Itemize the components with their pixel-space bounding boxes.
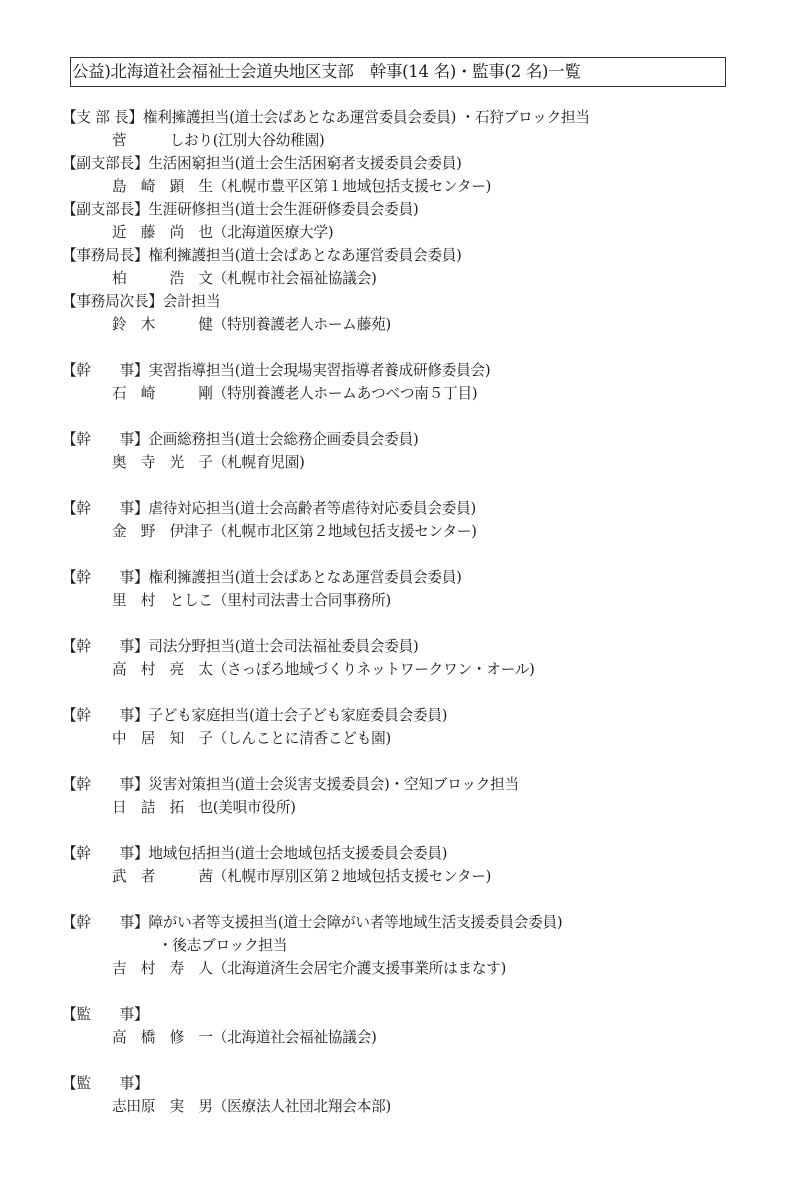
role-line: 【幹 事】企画総務担当(道士会総務企画委員会委員) bbox=[62, 428, 762, 451]
name-line: 高 橋 修 一（北海道社会福祉協議会) bbox=[62, 1026, 762, 1049]
officer-affiliation: （さっぽろ地域づくりネットワークワン・オール) bbox=[213, 661, 535, 678]
officer-entry-branch-chief: 【支 部 長】権利擁護担当(道士会ぱあとなあ運営委員会委員) ・石狩ブロック担当… bbox=[62, 106, 762, 152]
role-line: 【副支部長】生活困窮担当(道士会生活困窮者支援委員会委員) bbox=[62, 152, 762, 175]
role-line: 【監 事】 bbox=[62, 1003, 762, 1026]
role-label: 【支 部 長】 bbox=[62, 106, 143, 129]
role-line: 【幹 事】司法分野担当(道士会司法福祉委員会委員) bbox=[62, 635, 762, 658]
duty-text: 生活困窮担当(道士会生活困窮者支援委員会委員) bbox=[148, 155, 461, 172]
role-line: 【幹 事】地域包括担当(道士会地域包括支援委員会委員) bbox=[62, 842, 762, 865]
officer-affiliation: （北海道社会福祉協議会) bbox=[213, 1029, 377, 1046]
role-label: 【幹 事】 bbox=[62, 773, 148, 796]
officer-entry-auditor: 【監 事】 高 橋 修 一（北海道社会福祉協議会) bbox=[62, 1003, 762, 1049]
role-line: 【事務局次長】会計担当 bbox=[62, 290, 762, 313]
role-line: 【副支部長】生涯研修担当(道士会生涯研修委員会委員) bbox=[62, 198, 762, 221]
name-line: 奥 寺 光 子（札幌育児園) bbox=[62, 451, 762, 474]
name-line: 柏 浩 文（札幌市社会福祉協議会) bbox=[62, 267, 762, 290]
officer-name: 志田原 実 男 bbox=[112, 1095, 213, 1118]
officer-affiliation: (美唄市役所) bbox=[213, 799, 296, 816]
duty-text: 地域包括担当(道士会地域包括支援委員会委員) bbox=[148, 845, 447, 862]
officer-entry-deputy-secretary: 【事務局次長】会計担当 鈴 木 健（特別養護老人ホーム藤苑) bbox=[62, 290, 762, 336]
role-line: 【幹 事】虐待対応担当(道士会高齢者等虐待対応委員会委員) bbox=[62, 497, 762, 520]
name-line: 武 者 茜（札幌市厚別区第２地域包括支援センター) bbox=[62, 865, 762, 888]
officer-entry-director: 【幹 事】実習指導担当(道士会現場実習指導者養成研修委員会) 石 崎 剛（特別養… bbox=[62, 359, 762, 405]
officer-affiliation: （北海道済生会居宅介護支援事業所はまなす) bbox=[213, 960, 506, 977]
officer-affiliation: (江別大谷幼稚園) bbox=[213, 132, 325, 149]
officer-name: 日 詰 拓 也 bbox=[112, 796, 213, 819]
name-line: 島 崎 顕 生（札幌市豊平区第１地域包括支援センター) bbox=[62, 175, 762, 198]
officer-name: 石 崎 剛 bbox=[112, 382, 213, 405]
officer-affiliation: （特別養護老人ホーム藤苑) bbox=[213, 316, 391, 333]
duty-text: 会計担当 bbox=[163, 293, 221, 310]
role-line: 【幹 事】権利擁護担当(道士会ぱあとなあ運営委員会委員) bbox=[62, 566, 762, 589]
role-line: 【支 部 長】権利擁護担当(道士会ぱあとなあ運営委員会委員) ・石狩ブロック担当 bbox=[62, 106, 762, 129]
duty-text: 企画総務担当(道士会総務企画委員会委員) bbox=[148, 431, 418, 448]
name-line: 近 藤 尚 也（北海道医療大学) bbox=[62, 221, 762, 244]
duty-text: 権利擁護担当(道士会ぱあとなあ運営委員会委員) ・石狩ブロック担当 bbox=[143, 109, 590, 126]
officer-entry-director: 【幹 事】障がい者等支援担当(道士会障がい者等地域生活支援委員会委員) ・後志ブ… bbox=[62, 911, 762, 980]
officer-entry-director: 【幹 事】権利擁護担当(道士会ぱあとなあ運営委員会委員) 里 村 としこ（里村司… bbox=[62, 566, 762, 612]
role-label: 【幹 事】 bbox=[62, 566, 148, 589]
officer-name: 島 崎 顕 生 bbox=[112, 175, 213, 198]
officer-affiliation: （北海道医療大学) bbox=[213, 224, 334, 241]
name-line: 金 野 伊津子（札幌市北区第２地域包括支援センター) bbox=[62, 520, 762, 543]
role-line: 【幹 事】実習指導担当(道士会現場実習指導者養成研修委員会) bbox=[62, 359, 762, 382]
role-label: 【幹 事】 bbox=[62, 359, 148, 382]
role-line: 【事務局長】権利擁護担当(道士会ぱあとなあ運営委員会委員) bbox=[62, 244, 762, 267]
officer-affiliation: （札幌市厚別区第２地域包括支援センター) bbox=[213, 868, 491, 885]
officer-affiliation: （しんことに清香こども園) bbox=[213, 730, 391, 747]
officer-name: 鈴 木 健 bbox=[112, 313, 213, 336]
role-label: 【幹 事】 bbox=[62, 635, 148, 658]
officer-entry-director: 【幹 事】子ども家庭担当(道士会子ども家庭委員会委員) 中 居 知 子（しんこと… bbox=[62, 704, 762, 750]
officer-affiliation: （特別養護老人ホームあつべつ南５丁目) bbox=[213, 385, 478, 402]
officer-name: 金 野 伊津子 bbox=[112, 520, 213, 543]
role-label: 【監 事】 bbox=[62, 1072, 148, 1095]
role-label: 【幹 事】 bbox=[62, 497, 148, 520]
officer-affiliation: （医療法人社団北翔会本部) bbox=[213, 1098, 391, 1115]
name-line: 菅 しおり(江別大谷幼稚園) bbox=[62, 129, 762, 152]
officer-name: 高 橋 修 一 bbox=[112, 1026, 213, 1049]
role-line: 【幹 事】災害対策担当(道士会災害支援委員会)・空知ブロック担当 bbox=[62, 773, 762, 796]
officer-name: 武 者 茜 bbox=[112, 865, 213, 888]
document-title: 公益)北海道社会福祉士会道央地区支部 幹事(14 名)・監事(2 名)一覧 bbox=[70, 57, 726, 87]
name-line: 鈴 木 健（特別養護老人ホーム藤苑) bbox=[62, 313, 762, 336]
officer-entry-vice-chief-1: 【副支部長】生活困窮担当(道士会生活困窮者支援委員会委員) 島 崎 顕 生（札幌… bbox=[62, 152, 762, 198]
role-line: 【幹 事】子ども家庭担当(道士会子ども家庭委員会委員) bbox=[62, 704, 762, 727]
officer-list: 【支 部 長】権利擁護担当(道士会ぱあとなあ運営委員会委員) ・石狩ブロック担当… bbox=[62, 106, 762, 1118]
duty-text: 子ども家庭担当(道士会子ども家庭委員会委員) bbox=[148, 707, 447, 724]
officer-name: 近 藤 尚 也 bbox=[112, 221, 213, 244]
role-label: 【幹 事】 bbox=[62, 911, 148, 934]
officer-name: 柏 浩 文 bbox=[112, 267, 213, 290]
duty-text: 生涯研修担当(道士会生涯研修委員会委員) bbox=[148, 201, 418, 218]
name-line: 高 村 亮 太（さっぽろ地域づくりネットワークワン・オール) bbox=[62, 658, 762, 681]
officer-entry-director: 【幹 事】地域包括担当(道士会地域包括支援委員会委員) 武 者 茜（札幌市厚別区… bbox=[62, 842, 762, 888]
duty-text: 障がい者等支援担当(道士会障がい者等地域生活支援委員会委員) bbox=[148, 914, 562, 931]
role-label: 【副支部長】 bbox=[62, 198, 148, 221]
role-label: 【幹 事】 bbox=[62, 428, 148, 451]
officer-name: 吉 村 寿 人 bbox=[112, 957, 213, 980]
name-line: 志田原 実 男（医療法人社団北翔会本部) bbox=[62, 1095, 762, 1118]
role-line: 【監 事】 bbox=[62, 1072, 762, 1095]
duty-text: 権利擁護担当(道士会ぱあとなあ運営委員会委員) bbox=[148, 569, 461, 586]
officer-affiliation: （札幌市豊平区第１地域包括支援センター) bbox=[213, 178, 491, 195]
officer-entry-director: 【幹 事】司法分野担当(道士会司法福祉委員会委員) 高 村 亮 太（さっぽろ地域… bbox=[62, 635, 762, 681]
role-label: 【幹 事】 bbox=[62, 842, 148, 865]
duty-continuation: ・後志ブロック担当 bbox=[62, 934, 762, 957]
name-line: 石 崎 剛（特別養護老人ホームあつべつ南５丁目) bbox=[62, 382, 762, 405]
officer-affiliation: （札幌市社会福祉協議会) bbox=[213, 270, 377, 287]
officer-affiliation: （札幌育児園) bbox=[213, 454, 305, 471]
officer-name: 高 村 亮 太 bbox=[112, 658, 213, 681]
officer-name: 里 村 としこ bbox=[112, 589, 213, 612]
name-line: 中 居 知 子（しんことに清香こども園) bbox=[62, 727, 762, 750]
role-label: 【幹 事】 bbox=[62, 704, 148, 727]
officer-affiliation: （里村司法書士合同事務所) bbox=[213, 592, 391, 609]
officer-entry-director: 【幹 事】虐待対応担当(道士会高齢者等虐待対応委員会委員) 金 野 伊津子（札幌… bbox=[62, 497, 762, 543]
role-label: 【監 事】 bbox=[62, 1003, 148, 1026]
duty-text: 権利擁護担当(道士会ぱあとなあ運営委員会委員) bbox=[148, 247, 461, 264]
duty-text: 司法分野担当(道士会司法福祉委員会委員) bbox=[148, 638, 418, 655]
officer-entry-director: 【幹 事】災害対策担当(道士会災害支援委員会)・空知ブロック担当 日 詰 拓 也… bbox=[62, 773, 762, 819]
name-line: 日 詰 拓 也(美唄市役所) bbox=[62, 796, 762, 819]
name-line: 吉 村 寿 人（北海道済生会居宅介護支援事業所はまなす) bbox=[62, 957, 762, 980]
role-label: 【事務局長】 bbox=[62, 244, 148, 267]
name-line: 里 村 としこ（里村司法書士合同事務所) bbox=[62, 589, 762, 612]
officer-entry-auditor: 【監 事】 志田原 実 男（医療法人社団北翔会本部) bbox=[62, 1072, 762, 1118]
officer-name: 菅 しおり bbox=[112, 129, 213, 152]
officer-entry-vice-chief-2: 【副支部長】生涯研修担当(道士会生涯研修委員会委員) 近 藤 尚 也（北海道医療… bbox=[62, 198, 762, 244]
role-label: 【副支部長】 bbox=[62, 152, 148, 175]
officer-name: 中 居 知 子 bbox=[112, 727, 213, 750]
duty-text: 災害対策担当(道士会災害支援委員会)・空知ブロック担当 bbox=[148, 776, 519, 793]
duty-text: 虐待対応担当(道士会高齢者等虐待対応委員会委員) bbox=[148, 500, 476, 517]
officer-entry-secretary-general: 【事務局長】権利擁護担当(道士会ぱあとなあ運営委員会委員) 柏 浩 文（札幌市社… bbox=[62, 244, 762, 290]
duty-text: 実習指導担当(道士会現場実習指導者養成研修委員会) bbox=[148, 362, 490, 379]
officer-affiliation: （札幌市北区第２地域包括支援センター) bbox=[213, 523, 477, 540]
role-line: 【幹 事】障がい者等支援担当(道士会障がい者等地域生活支援委員会委員) bbox=[62, 911, 762, 934]
officer-entry-director: 【幹 事】企画総務担当(道士会総務企画委員会委員) 奥 寺 光 子（札幌育児園) bbox=[62, 428, 762, 474]
officer-name: 奥 寺 光 子 bbox=[112, 451, 213, 474]
role-label: 【事務局次長】 bbox=[62, 290, 163, 313]
